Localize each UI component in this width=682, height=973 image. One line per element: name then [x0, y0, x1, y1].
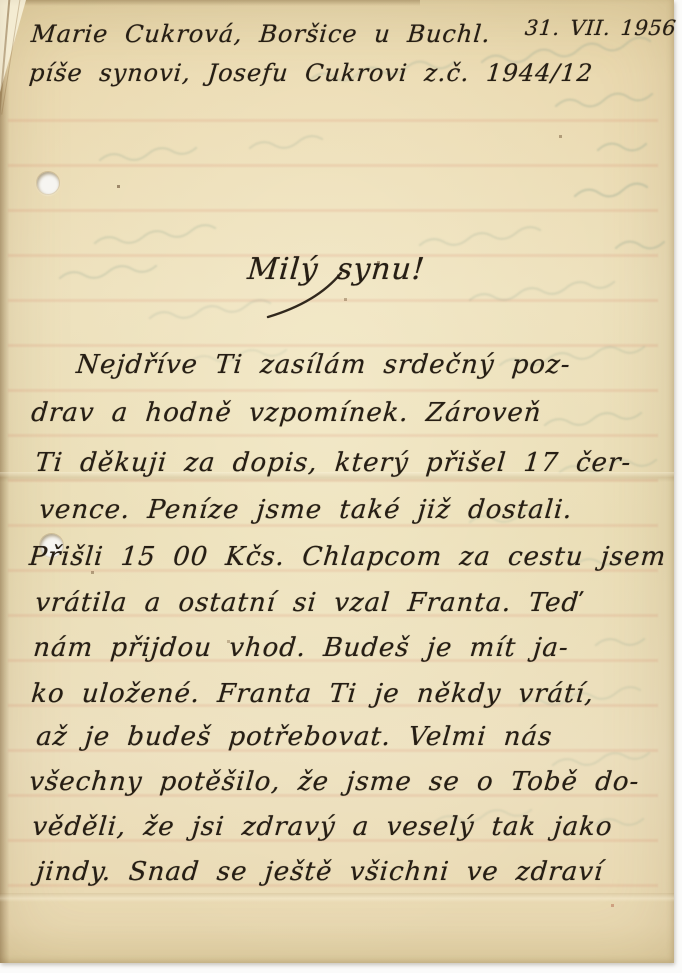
body-line: nám přijdou vhod. Budeš je mít ja-: [32, 633, 570, 663]
body-line: drav a hodně vzpomínek. Zároveň: [30, 398, 543, 428]
body-line: ko uložené. Franta Ti je někdy vrátí,: [30, 679, 595, 709]
body-line: Přišli 15 00 Kčs. Chlapcom za cestu jsem: [28, 542, 668, 572]
body-line: všechny potěšilo, že jsme se o Tobě do-: [28, 767, 641, 797]
body-line: vence. Peníze jsme také již dostali.: [38, 495, 574, 525]
letter-paper: Marie Cukrová, Boršice u Buchl. píše syn…: [0, 0, 674, 963]
body-line: vrátila a ostatní si vzal Franta. Teď: [34, 588, 581, 618]
scanned-letter: Marie Cukrová, Boršice u Buchl. píše syn…: [0, 0, 682, 973]
body-line: jindy. Snad se ještě všichni ve zdraví: [35, 857, 605, 887]
body-line: až je budeš potřebovat. Velmi nás: [35, 722, 554, 752]
body-line: Nejdříve Ti zasílám srdečný poz-: [75, 350, 572, 380]
body-line: věděli, že jsi zdravý a veselý tak jako: [31, 812, 614, 842]
body-line: Ti děkuji za dopis, který přišel 17 čer-: [34, 448, 632, 478]
